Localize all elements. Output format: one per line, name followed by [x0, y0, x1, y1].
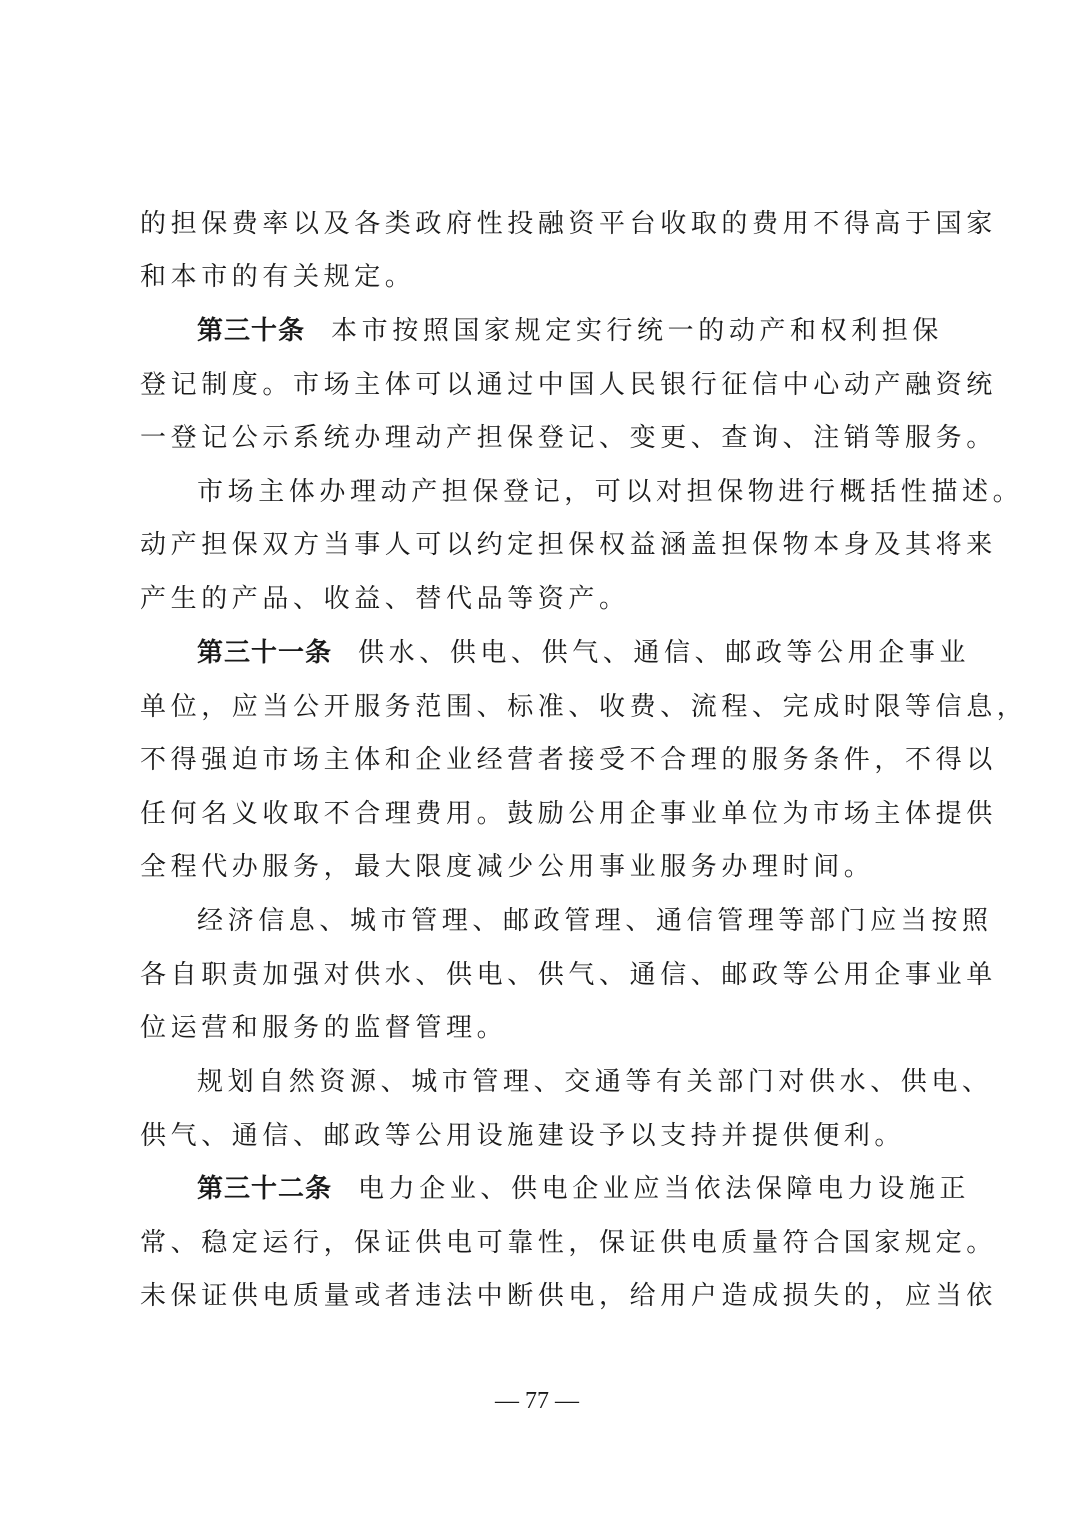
text-line: 全程代办服务，最大限度减少公用事业服务办理时间。 — [140, 847, 940, 887]
text-line: 和本市的有关规定。 — [140, 257, 940, 297]
line-text: 位运营和服务的监督管理。 — [140, 1013, 507, 1043]
line-text: 单位，应当公开服务范围、标准、收费、流程、完成时限等信息， — [140, 692, 1027, 722]
line-text: 产生的产品、收益、替代品等资产。 — [140, 584, 630, 614]
line-text: 供水、供电、供气、通信、邮政等公用企事业 — [358, 638, 970, 668]
line-text: 经济信息、城市管理、邮政管理、通信管理等部门应当按照 — [197, 906, 993, 936]
text-line: 的担保费率以及各类政府性投融资平台收取的费用不得高于国家 — [140, 204, 940, 244]
line-text: 动产担保双方当事人可以约定担保权益涵盖担保物本身及其将来 — [140, 530, 997, 560]
article-30-heading-line: 第三十条本市按照国家规定实行统一的动产和权利担保 — [197, 311, 942, 351]
text-line: 任何名义收取不合理费用。鼓励公用企事业单位为市场主体提供 — [140, 794, 940, 834]
article-number: 第三十条 — [197, 316, 305, 346]
line-text: 全程代办服务，最大限度减少公用事业服务办理时间。 — [140, 852, 874, 882]
article-32-heading-line: 第三十二条电力企业、供电企业应当依法保障电力设施正 — [197, 1169, 942, 1209]
line-text: 任何名义收取不合理费用。鼓励公用企事业单位为市场主体提供 — [140, 799, 997, 829]
line-text: 和本市的有关规定。 — [140, 262, 415, 292]
line-text: 本市按照国家规定实行统一的动产和权利担保 — [331, 316, 943, 346]
text-line: 未保证供电质量或者违法中断供电，给用户造成损失的，应当依 — [140, 1276, 940, 1316]
text-line: 位运营和服务的监督管理。 — [140, 1008, 940, 1048]
text-line: 市场主体办理动产担保登记，可以对担保物进行概括性描述。 — [197, 472, 942, 512]
page-number: — 77 — — [0, 1385, 1074, 1417]
line-text: 常、稳定运行，保证供电可靠性，保证供电质量符合国家规定。 — [140, 1228, 997, 1258]
line-text: 的担保费率以及各类政府性投融资平台收取的费用不得高于国家 — [140, 209, 997, 239]
text-line: 动产担保双方当事人可以约定担保权益涵盖担保物本身及其将来 — [140, 525, 940, 565]
line-text: 规划自然资源、城市管理、交通等有关部门对供水、供电、 — [197, 1067, 993, 1097]
line-text: 各自职责加强对供水、供电、供气、通信、邮政等公用企事业单 — [140, 960, 997, 990]
text-line: 单位，应当公开服务范围、标准、收费、流程、完成时限等信息， — [140, 687, 940, 727]
text-line: 经济信息、城市管理、邮政管理、通信管理等部门应当按照 — [197, 901, 942, 941]
text-line: 登记制度。市场主体可以通过中国人民银行征信中心动产融资统 — [140, 365, 940, 405]
text-line: 不得强迫市场主体和企业经营者接受不合理的服务条件，不得以 — [140, 740, 940, 780]
line-text: 登记制度。市场主体可以通过中国人民银行征信中心动产融资统 — [140, 370, 997, 400]
text-line: 各自职责加强对供水、供电、供气、通信、邮政等公用企事业单 — [140, 955, 940, 995]
line-text: 电力企业、供电企业应当依法保障电力设施正 — [358, 1174, 970, 1204]
text-line: 规划自然资源、城市管理、交通等有关部门对供水、供电、 — [197, 1062, 942, 1102]
line-text: 未保证供电质量或者违法中断供电，给用户造成损失的，应当依 — [140, 1281, 997, 1311]
text-line: 常、稳定运行，保证供电可靠性，保证供电质量符合国家规定。 — [140, 1223, 940, 1263]
article-number: 第三十二条 — [197, 1174, 332, 1204]
text-line: 供气、通信、邮政等公用设施建设予以支持并提供便利。 — [140, 1116, 940, 1156]
line-text: 供气、通信、邮政等公用设施建设予以支持并提供便利。 — [140, 1121, 905, 1151]
text-line: 产生的产品、收益、替代品等资产。 — [140, 579, 940, 619]
article-31-heading-line: 第三十一条供水、供电、供气、通信、邮政等公用企事业 — [197, 633, 942, 673]
line-text: 一登记公示系统办理动产担保登记、变更、查询、注销等服务。 — [140, 423, 997, 453]
document-page: 的担保费率以及各类政府性投融资平台收取的费用不得高于国家 和本市的有关规定。 第… — [0, 0, 1074, 1520]
article-number: 第三十一条 — [197, 638, 332, 668]
text-line: 一登记公示系统办理动产担保登记、变更、查询、注销等服务。 — [140, 418, 940, 458]
line-text: 不得强迫市场主体和企业经营者接受不合理的服务条件，不得以 — [140, 745, 997, 775]
line-text: 市场主体办理动产担保登记，可以对担保物进行概括性描述。 — [197, 477, 1023, 507]
